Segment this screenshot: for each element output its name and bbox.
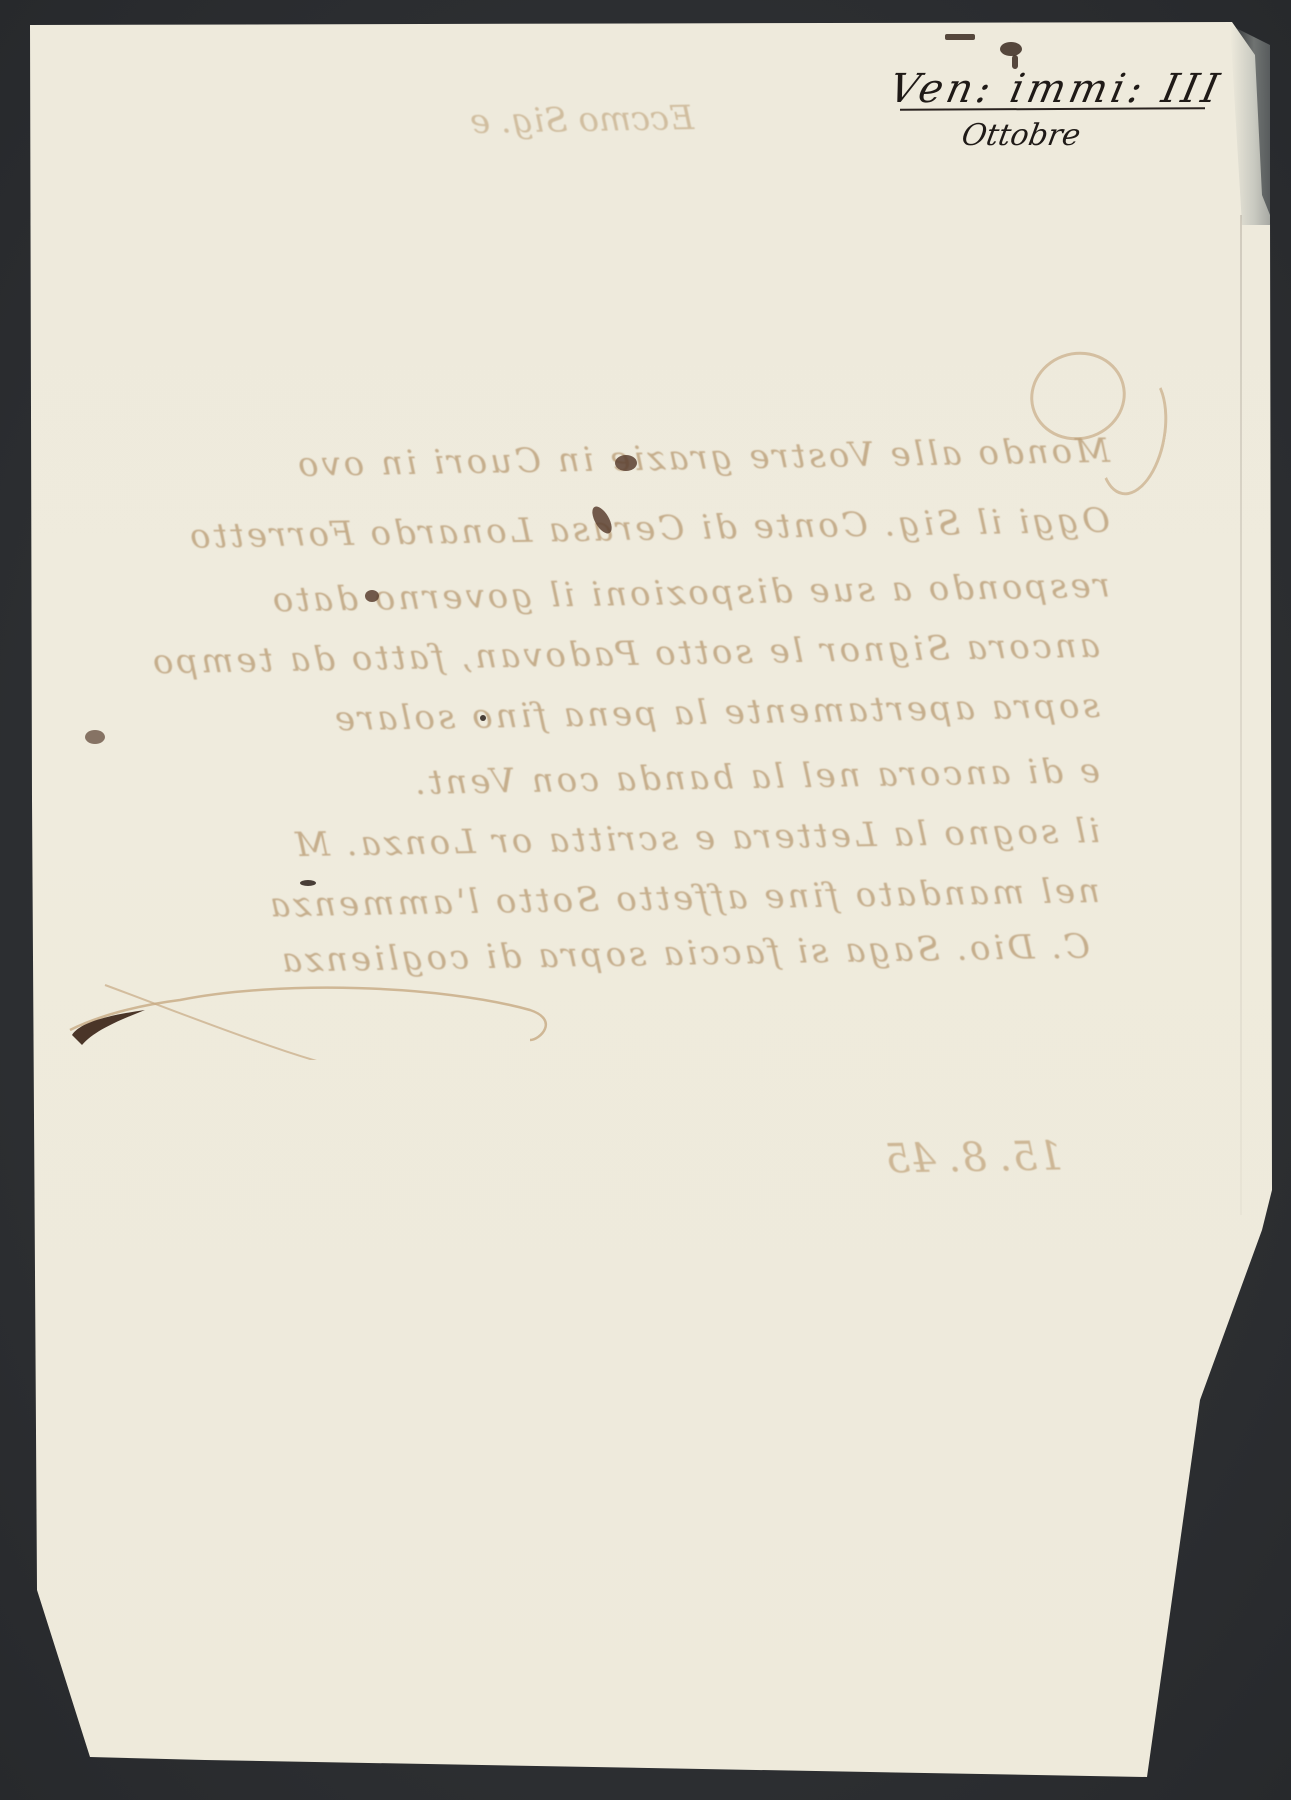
ink-spot bbox=[615, 455, 637, 471]
ink-spot bbox=[300, 880, 316, 886]
ink-spot bbox=[85, 730, 105, 744]
paper-fold bbox=[1240, 215, 1242, 1215]
ink-blot bbox=[945, 34, 975, 40]
signature-flourish bbox=[60, 960, 580, 1060]
annotation-month: Ottobre bbox=[959, 118, 1083, 153]
bleed-header: Eccmo Sig. e bbox=[470, 98, 695, 142]
ink-spot bbox=[365, 590, 379, 602]
annotation-reference: Ven: immi: III bbox=[885, 66, 1227, 112]
scan-background: Eccmo Sig. e Mondo alle Vostre grazie in… bbox=[0, 0, 1291, 1800]
bleed-date: 15. 8. 45 bbox=[885, 1133, 1064, 1182]
ink-spot bbox=[480, 715, 486, 721]
ink-blot bbox=[1000, 42, 1022, 56]
